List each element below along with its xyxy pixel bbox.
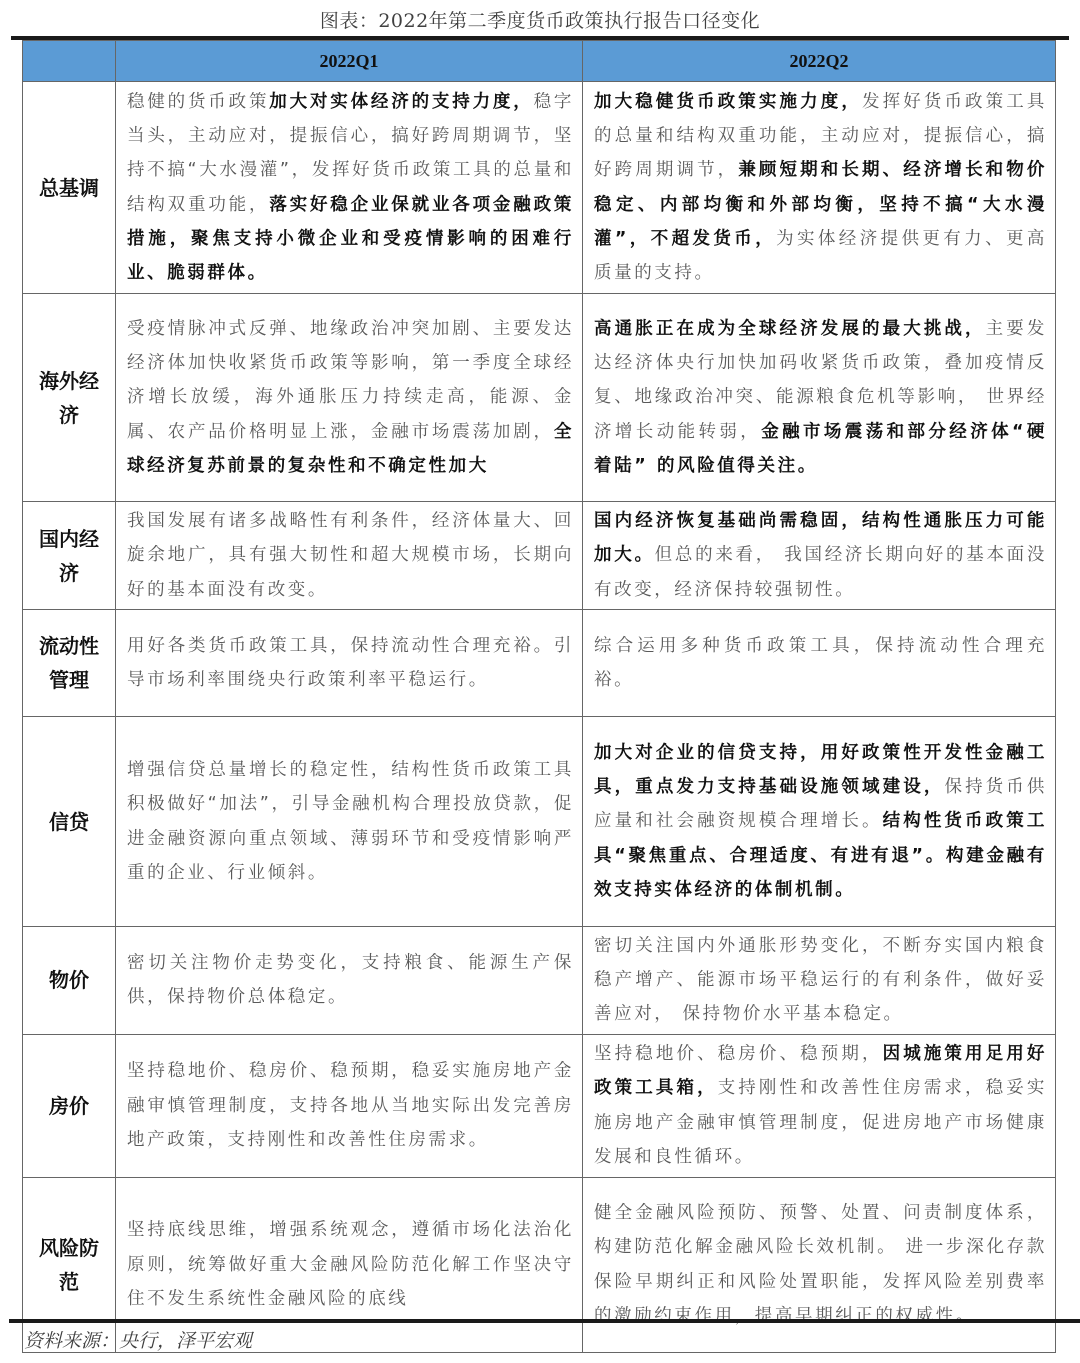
q2-cell: 综合运用多种货币政策工具，保持流动性合理充裕。 [583, 610, 1056, 717]
q1-cell: 增强信贷总量增长的稳定性，结构性货币政策工具积极做好“加法”，引导金融机构合理投… [116, 717, 583, 927]
q2-cell: 加大稳健货币政策实施力度，发挥好货币政策工具的总量和结构双重功能，主动应对，提振… [583, 82, 1056, 294]
table-row: 总基调 稳健的货币政策加大对实体经济的支持力度，稳字当头，主动应对，提振信心，搞… [23, 82, 1056, 294]
body-text: 稳健的货币政策 [127, 92, 269, 112]
bottom-rule [9, 1319, 1080, 1323]
q1-cell: 用好各类货币政策工具，保持流动性合理充裕。引导市场利率围绕央行政策利率平稳运行。 [116, 610, 583, 717]
header-category [23, 41, 116, 82]
q2-cell: 高通胀正在成为全球经济发展的最大挑战，主要发达经济体央行加快加码收紧货币政策，叠… [583, 294, 1056, 502]
body-text: 我国发展有诸多战略性有利条件，经济体量大、回旋余地广，具有强大韧性和超大规模市场… [127, 511, 574, 599]
category-cell: 总基调 [23, 82, 116, 294]
body-text: 坚持底线思维，增强系统观念，遵循市场化法治化原则，统筹做好重大金融风险防范化解工… [127, 1220, 574, 1308]
comparison-table: 2022Q1 2022Q2 总基调 稳健的货币政策加大对实体经济的支持力度，稳字… [22, 40, 1056, 1353]
q2-cell: 国内经济恢复基础尚需稳固，结构性通胀压力可能加大。但总的来看， 我国经济长期向好… [583, 502, 1056, 610]
header-2022q1: 2022Q1 [116, 41, 583, 82]
q2-cell: 健全金融风险预防、预警、处置、问责制度体系，构建防范化解金融风险长效机制。 进一… [583, 1177, 1056, 1352]
category-cell: 物价 [23, 927, 116, 1035]
q1-cell: 坚持稳地价、稳房价、稳预期，稳妥实施房地产金融审慎管理制度，支持各地从当地实际出… [116, 1034, 583, 1177]
header-row: 2022Q1 2022Q2 [23, 41, 1056, 82]
q2-cell: 加大对企业的信贷支持，用好政策性开发性金融工具，重点发力支持基础设施领域建设，保… [583, 717, 1056, 927]
q1-cell: 密切关注物价走势变化，支持粮食、能源生产保供，保持物价总体稳定。 [116, 927, 583, 1035]
category-cell: 流动性管理 [23, 610, 116, 717]
emphasized-text: 加大对实体经济的支持力度， [269, 92, 533, 112]
body-text: 坚持稳地价、稳房价、稳预期，稳妥实施房地产金融审慎管理制度，支持各地从当地实际出… [127, 1061, 574, 1149]
table-row: 海外经济 受疫情脉冲式反弹、地缘政治冲突加剧、主要发达经济体加快收紧货币政策等影… [23, 294, 1056, 502]
q2-cell: 密切关注国内外通胀形势变化，不断夯实国内粮食稳产增产、能源市场平稳运行的有利条件… [583, 927, 1056, 1035]
body-text: 用好各类货币政策工具，保持流动性合理充裕。引导市场利率围绕央行政策利率平稳运行。 [127, 636, 574, 690]
q1-cell: 稳健的货币政策加大对实体经济的支持力度，稳字当头，主动应对，提振信心，搞好跨周期… [116, 82, 583, 294]
table-row: 房价 坚持稳地价、稳房价、稳预期，稳妥实施房地产金融审慎管理制度，支持各地从当地… [23, 1034, 1056, 1177]
category-cell: 国内经济 [23, 502, 116, 610]
source-note: 资料来源：央行，泽平宏观 [24, 1326, 252, 1353]
body-text: 密切关注物价走势变化，支持粮食、能源生产保供，保持物价总体稳定。 [127, 953, 574, 1007]
body-text: 密切关注国内外通胀形势变化，不断夯实国内粮食稳产增产、能源市场平稳运行的有利条件… [594, 936, 1047, 1024]
category-cell: 海外经济 [23, 294, 116, 502]
header-2022q2: 2022Q2 [583, 41, 1056, 82]
table-row: 物价 密切关注物价走势变化，支持粮食、能源生产保供，保持物价总体稳定。 密切关注… [23, 927, 1056, 1035]
emphasized-text: 高通胀正在成为全球经济发展的最大挑战， [594, 319, 986, 339]
table-row: 流动性管理 用好各类货币政策工具，保持流动性合理充裕。引导市场利率围绕央行政策利… [23, 610, 1056, 717]
emphasized-text: 加大稳健货币政策实施力度， [594, 92, 862, 112]
figure-title: 图表：2022年第二季度货币政策执行报告口径变化 [0, 6, 1080, 33]
body-text: 但总的来看， 我国经济长期向好的基本面没有改变，经济保持较强韧性。 [594, 545, 1047, 599]
q1-cell: 受疫情脉冲式反弹、地缘政治冲突加剧、主要发达经济体加快收紧货币政策等影响，第一季… [116, 294, 583, 502]
q2-cell: 坚持稳地价、稳房价、稳预期，因城施策用足用好政策工具箱，支持刚性和改善性住房需求… [583, 1034, 1056, 1177]
body-text: 综合运用多种货币政策工具，保持流动性合理充裕。 [594, 636, 1047, 690]
body-text: 增强信贷总量增长的稳定性，结构性货币政策工具积极做好“加法”，引导金融机构合理投… [127, 760, 574, 883]
body-text: 健全金融风险预防、预警、处置、问责制度体系，构建防范化解金融风险长效机制。 进一… [594, 1203, 1047, 1326]
table-row: 信贷 增强信贷总量增长的稳定性，结构性货币政策工具积极做好“加法”，引导金融机构… [23, 717, 1056, 927]
body-text: 坚持稳地价、稳房价、稳预期， [594, 1044, 883, 1064]
table-row: 国内经济 我国发展有诸多战略性有利条件，经济体量大、回旋余地广，具有强大韧性和超… [23, 502, 1056, 610]
category-cell: 信贷 [23, 717, 116, 927]
category-cell: 房价 [23, 1034, 116, 1177]
body-text: 受疫情脉冲式反弹、地缘政治冲突加剧、主要发达经济体加快收紧货币政策等影响，第一季… [127, 319, 574, 442]
q1-cell: 我国发展有诸多战略性有利条件，经济体量大、回旋余地广，具有强大韧性和超大规模市场… [116, 502, 583, 610]
